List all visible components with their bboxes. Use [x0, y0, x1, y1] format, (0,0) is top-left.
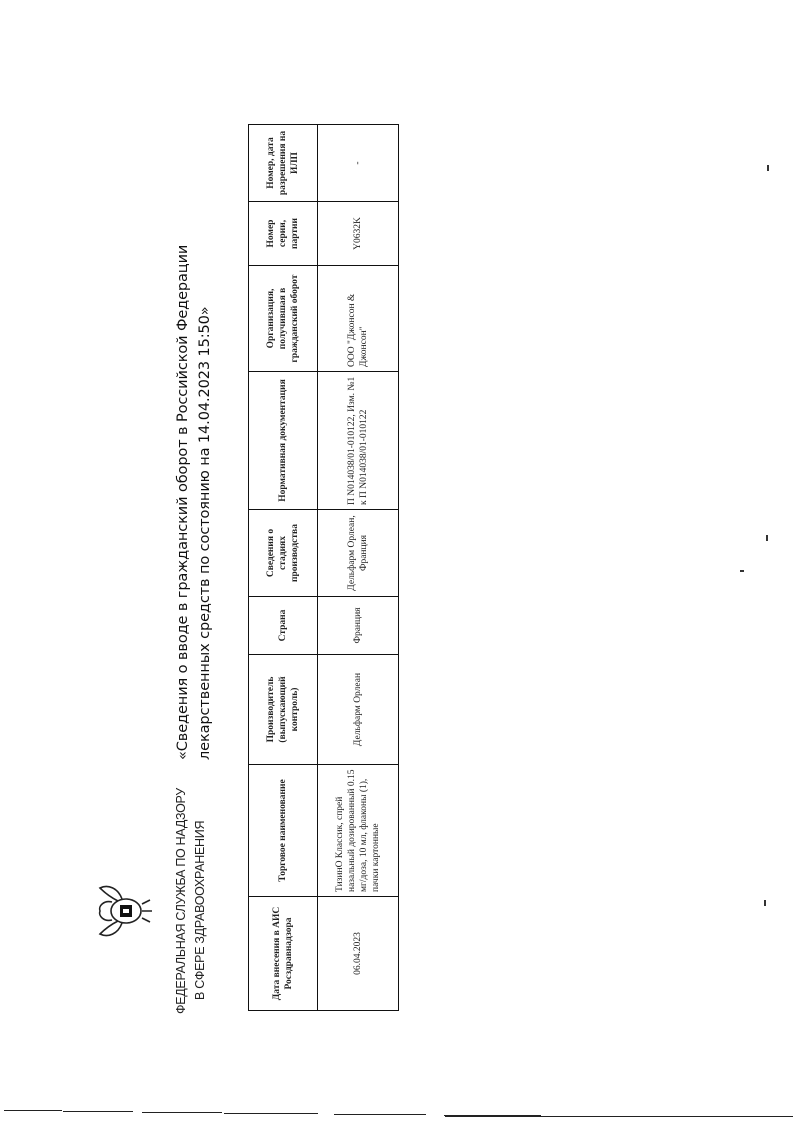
cell-permit: - — [318, 125, 399, 202]
document-title: «Сведения о вводе в гражданский оборот в… — [172, 200, 216, 760]
registry-table: Дата внесения в АИС Росздравнадзора Торг… — [248, 124, 399, 1011]
agency-line-1: ФЕДЕРАЛЬНАЯ СЛУЖБА ПО НАДЗОРУ — [172, 774, 191, 1014]
scan-line — [445, 1116, 793, 1117]
table-row: 06.04.2023 ТизинО Классик, спрей назальн… — [318, 125, 399, 1011]
col-header-permit: Номер, дата разрешения на ИЛП — [249, 125, 318, 202]
cell-date: 06.04.2023 — [318, 897, 399, 1011]
scan-line — [4, 1110, 62, 1111]
title-line-1: «Сведения о вводе в гражданский оборот в… — [172, 200, 194, 760]
col-header-trade-name: Торговое наименование — [249, 765, 318, 897]
col-header-production-stages: Сведения о стадиях производства — [249, 510, 318, 597]
rotated-page: ФЕДЕРАЛЬНАЯ СЛУЖБА ПО НАДЗОРУ В СФЕРЕ ЗД… — [0, 0, 794, 1122]
agency-line-2: В СФЕРЕ ЗДРАВООХРАНЕНИЯ — [191, 774, 210, 1014]
scan-line — [224, 1113, 318, 1114]
cell-trade-name: ТизинО Классик, спрей назальный дозирова… — [318, 765, 399, 897]
cell-production-stages: Дельфарм Орлеан, Франция — [318, 510, 399, 597]
scan-speck — [767, 165, 769, 171]
scan-line — [142, 1112, 222, 1113]
cell-organization: ООО "Джонсон & Джонсон" — [318, 266, 399, 372]
scan-line — [63, 1111, 133, 1112]
scan-line — [334, 1114, 426, 1115]
title-line-2: лекарственных средств по состоянию на 14… — [194, 200, 216, 760]
scan-speck — [766, 535, 768, 541]
col-header-organization: Организация, получившая в гражданский об… — [249, 266, 318, 372]
scan-speck — [764, 900, 766, 906]
cell-manufacturer: Дельфарм Орлеан — [318, 655, 399, 765]
table-header-row: Дата внесения в АИС Росздравнадзора Торг… — [249, 125, 318, 1011]
col-header-country: Страна — [249, 597, 318, 655]
cell-normative-docs: П N014038/01-010122, Изм. №1 к П N014038… — [318, 372, 399, 510]
coat-of-arms-icon — [92, 880, 154, 942]
col-header-manufacturer: Производитель (выпускающий контроль) — [249, 655, 318, 765]
col-header-normative-docs: Нормативная документация — [249, 372, 318, 510]
scan-speck — [740, 570, 744, 572]
col-header-date: Дата внесения в АИС Росздравнадзора — [249, 897, 318, 1011]
cell-country: Франция — [318, 597, 399, 655]
agency-name: ФЕДЕРАЛЬНАЯ СЛУЖБА ПО НАДЗОРУ В СФЕРЕ ЗД… — [172, 774, 210, 1014]
col-header-series: Номер серии, партии — [249, 202, 318, 266]
cell-series: Y0632K — [318, 202, 399, 266]
